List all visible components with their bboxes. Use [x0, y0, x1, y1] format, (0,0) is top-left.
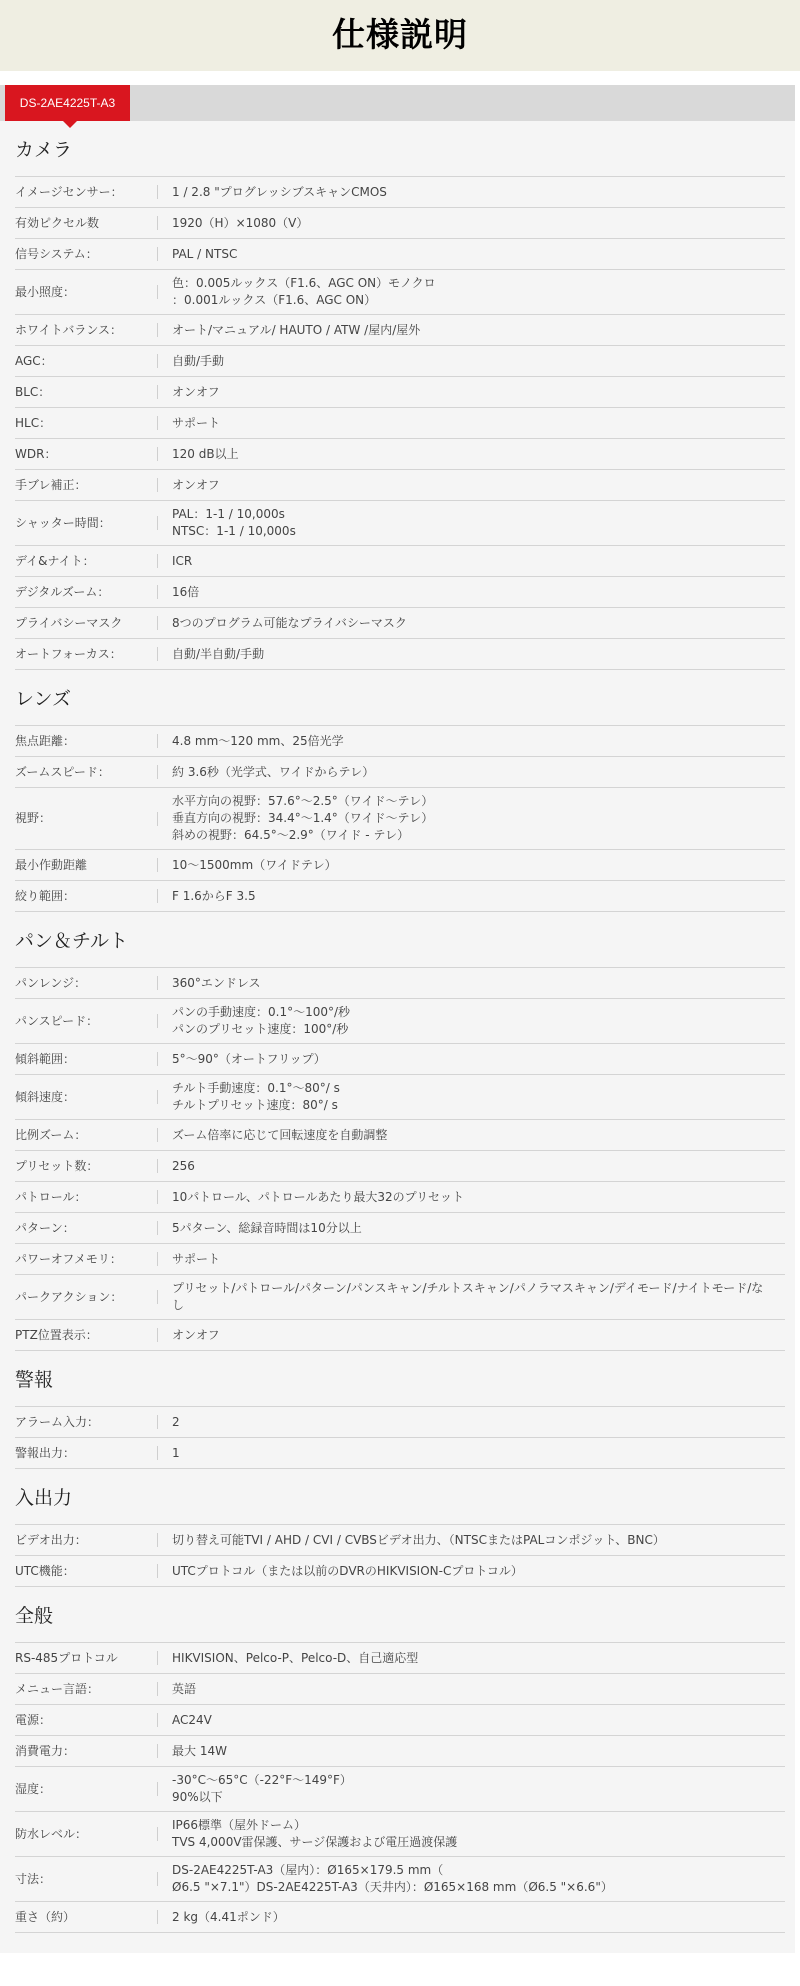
spec-label: オートフォーカス： [15, 646, 157, 663]
spec-label: デイ&ナイト： [15, 553, 157, 570]
spec-value: 色：0.005ルックス（F1.6、AGC ON）モノクロ：0.001ルックス（F… [172, 275, 785, 309]
spec-value-line: 5パターン、総録音時間は10分以上 [172, 1220, 765, 1237]
column-divider [157, 1744, 158, 1758]
spec-value: 5°〜90°（オートフリップ） [172, 1051, 785, 1068]
spec-value: 1 [172, 1445, 785, 1462]
column-divider [157, 1252, 158, 1266]
spec-label: RS-485プロトコル [15, 1650, 157, 1667]
column-divider [157, 323, 158, 337]
column-divider [157, 812, 158, 826]
column-divider [157, 858, 158, 872]
column-divider [157, 216, 158, 230]
spec-value: 120 dB以上 [172, 446, 785, 463]
spec-value-line: 8つのプログラム可能なプライバシーマスク [172, 615, 765, 632]
spec-label: 手ブレ補正： [15, 477, 157, 494]
column-divider [157, 1782, 158, 1796]
spec-row: パンレンジ：360°エンドレス [15, 968, 785, 999]
spec-label: シャッター時間： [15, 515, 157, 532]
column-divider [157, 1221, 158, 1235]
spec-value: 1 / 2.8 "プログレッシブスキャンCMOS [172, 184, 785, 201]
spec-row: RS-485プロトコルHIKVISION、Pelco-P、Pelco-D、自己適… [15, 1643, 785, 1674]
spec-row: 防水レベル：IP66標準（屋外ドーム）TVS 4,000V雷保護、サージ保護およ… [15, 1812, 785, 1857]
spec-label: 防水レベル： [15, 1826, 157, 1843]
spec-value: チルト手動速度：0.1°〜80°/ sチルトプリセット速度：80°/ s [172, 1080, 785, 1114]
column-divider [157, 285, 158, 299]
section-title: レンズ [15, 670, 785, 726]
column-divider [157, 976, 158, 990]
column-divider [157, 1713, 158, 1727]
page-header: 仕様説明 [0, 0, 800, 71]
spec-row: AGC：自動/手動 [15, 346, 785, 377]
column-divider [157, 647, 158, 661]
spec-value: PAL：1-1 / 10,000sNTSC：1-1 / 10,000s [172, 506, 785, 540]
spec-row: 傾斜範囲：5°〜90°（オートフリップ） [15, 1044, 785, 1075]
column-divider [157, 1682, 158, 1696]
spec-value: 16倍 [172, 584, 785, 601]
spec-value-line: サポート [172, 1251, 765, 1268]
section-title: パン＆チルト [15, 912, 785, 968]
column-divider [157, 1159, 158, 1173]
spec-value: オンオフ [172, 477, 785, 494]
spec-value-line: 2 [172, 1414, 765, 1431]
column-divider [157, 1872, 158, 1886]
spec-value-line: NTSC：1-1 / 10,000s [172, 523, 765, 540]
column-divider [157, 185, 158, 199]
column-divider [157, 478, 158, 492]
spec-label: 有効ピクセル数 [15, 215, 157, 232]
spec-row: デイ&ナイト：ICR [15, 546, 785, 577]
spec-value-line: オンオフ [172, 384, 765, 401]
spec-row: デジタルズーム：16倍 [15, 577, 785, 608]
spec-value: ICR [172, 553, 785, 570]
spec-value-line: AC24V [172, 1712, 765, 1729]
spec-row: PTZ位置表示：オンオフ [15, 1320, 785, 1351]
spec-row: パワーオフメモリ：サポート [15, 1244, 785, 1275]
spec-label: BLC： [15, 384, 157, 401]
spec-row: UTC機能：UTCプロトコル（または以前のDVRのHIKVISION-Cプロトコ… [15, 1556, 785, 1587]
spec-value: 自動/手動 [172, 353, 785, 370]
spec-row: ホワイトバランス：オート/マニュアル/ HAUTO / ATW /屋内/屋外 [15, 315, 785, 346]
spec-row: メニュー言語：英語 [15, 1674, 785, 1705]
spec-label: 警報出力： [15, 1445, 157, 1462]
spec-value: 10パトロール、パトロールあたり最大32のプリセット [172, 1189, 785, 1206]
spec-label: 最小作動距離 [15, 857, 157, 874]
spec-value: 256 [172, 1158, 785, 1175]
spec-row: 湿度：-30°C〜65°C（-22°F〜149°F）90%以下 [15, 1767, 785, 1812]
spec-value: ズーム倍率に応じて回転速度を自動調整 [172, 1127, 785, 1144]
spec-row: パターン：5パターン、総録音時間は10分以上 [15, 1213, 785, 1244]
spec-value-line: オート/マニュアル/ HAUTO / ATW /屋内/屋外 [172, 322, 765, 339]
spec-label: 最小照度： [15, 284, 157, 301]
spec-content: カメライメージセンサー：1 / 2.8 "プログレッシブスキャンCMOS有効ピク… [0, 121, 795, 1933]
spec-value-line: 自動/手動 [172, 353, 765, 370]
spec-value-line: サポート [172, 415, 765, 432]
spec-value: パンの手動速度：0.1°〜100°/秒パンのプリセット速度：100°/秒 [172, 1004, 785, 1038]
spec-row: ビデオ出力：切り替え可能TVI / AHD / CVI / CVBSビデオ出力、… [15, 1525, 785, 1556]
column-divider [157, 1564, 158, 1578]
spec-row: 最小作動距離10〜1500mm（ワイドテレ） [15, 850, 785, 881]
spec-value: 4.8 mm〜120 mm、25倍光学 [172, 733, 785, 750]
spec-value-line: TVS 4,000V雷保護、サージ保護および電圧過渡保護 [172, 1834, 765, 1851]
spec-value-line: パンのプリセット速度：100°/秒 [172, 1021, 765, 1038]
section-title: 入出力 [15, 1469, 785, 1525]
spec-value-line: 120 dB以上 [172, 446, 765, 463]
spec-value: 1920（H）×1080（V） [172, 215, 785, 232]
spec-value: 自動/半自動/手動 [172, 646, 785, 663]
spec-value-line: F 1.6からF 3.5 [172, 888, 765, 905]
spec-label: ビデオ出力： [15, 1532, 157, 1549]
spec-value-line: 自動/半自動/手動 [172, 646, 765, 663]
column-divider [157, 516, 158, 530]
spec-row: 視野：水平方向の視野：57.6°〜2.5°（ワイド〜テレ）垂直方向の視野：34.… [15, 788, 785, 850]
spec-value-line: 360°エンドレス [172, 975, 765, 992]
spec-row: 消費電力：最大 14W [15, 1736, 785, 1767]
spec-value-line: 水平方向の視野：57.6°〜2.5°（ワイド〜テレ） [172, 793, 765, 810]
spec-row: イメージセンサー：1 / 2.8 "プログレッシブスキャンCMOS [15, 177, 785, 208]
spec-value: AC24V [172, 1712, 785, 1729]
spec-value-line: DS-2AE4225T-A3（屋内）：Ø165×179.5 mm（ [172, 1862, 765, 1879]
spec-value-line: 256 [172, 1158, 765, 1175]
spec-label: 重さ（約） [15, 1909, 157, 1926]
spec-label: PTZ位置表示： [15, 1327, 157, 1344]
column-divider [157, 616, 158, 630]
spec-value-line: 16倍 [172, 584, 765, 601]
spec-value-line: ズーム倍率に応じて回転速度を自動調整 [172, 1127, 765, 1144]
spec-row: 有効ピクセル数1920（H）×1080（V） [15, 208, 785, 239]
spec-value-line: ICR [172, 553, 765, 570]
spec-row: 傾斜速度：チルト手動速度：0.1°〜80°/ sチルトプリセット速度：80°/ … [15, 1075, 785, 1120]
spec-label: パンレンジ： [15, 975, 157, 992]
column-divider [157, 1190, 158, 1204]
spec-label: パンスピード： [15, 1013, 157, 1030]
spec-label: ホワイトバランス： [15, 322, 157, 339]
spec-row: 比例ズーム：ズーム倍率に応じて回転速度を自動調整 [15, 1120, 785, 1151]
spec-value: サポート [172, 415, 785, 432]
spec-value: 8つのプログラム可能なプライバシーマスク [172, 615, 785, 632]
column-divider [157, 734, 158, 748]
section-title: 全般 [15, 1587, 785, 1643]
spec-value-line: 斜めの視野：64.5°〜2.9°（ワイド - テレ） [172, 827, 765, 844]
spec-value: 英語 [172, 1681, 785, 1698]
column-divider [157, 1415, 158, 1429]
column-divider [157, 1328, 158, 1342]
spec-value: PAL / NTSC [172, 246, 785, 263]
spec-value-line: 切り替え可能TVI / AHD / CVI / CVBSビデオ出力、（NTSCま… [172, 1532, 765, 1549]
spec-value: オンオフ [172, 1327, 785, 1344]
spec-value: 2 [172, 1414, 785, 1431]
spec-value-line: 90%以下 [172, 1789, 765, 1806]
spec-value: オンオフ [172, 384, 785, 401]
spec-label: 焦点距離： [15, 733, 157, 750]
spec-value-line: 色：0.005ルックス（F1.6、AGC ON）モノクロ [172, 275, 765, 292]
spec-row: パンスピード：パンの手動速度：0.1°〜100°/秒パンのプリセット速度：100… [15, 999, 785, 1044]
column-divider [157, 1446, 158, 1460]
spacer [0, 71, 800, 85]
spec-row: 重さ（約）2 kg（4.41ポンド） [15, 1902, 785, 1933]
spec-value-line: PAL / NTSC [172, 246, 765, 263]
spec-value: 約 3.6秒（光学式、ワイドからテレ） [172, 764, 785, 781]
spec-value-line: チルト手動速度：0.1°〜80°/ s [172, 1080, 765, 1097]
spec-label: 傾斜範囲： [15, 1051, 157, 1068]
spec-row: 警報出力：1 [15, 1438, 785, 1469]
column-divider [157, 1052, 158, 1066]
spec-label: 寸法： [15, 1871, 157, 1888]
spec-label: メニュー言語： [15, 1681, 157, 1698]
spec-label: パトロール： [15, 1189, 157, 1206]
spec-row: パークアクション：プリセット/パトロール/パターン/パンスキャン/チルトスキャン… [15, 1275, 785, 1320]
spec-value-line: オンオフ [172, 477, 765, 494]
column-divider [157, 1910, 158, 1924]
spec-value-line: 1920（H）×1080（V） [172, 215, 765, 232]
spec-row: 焦点距離：4.8 mm〜120 mm、25倍光学 [15, 726, 785, 757]
spec-row: 手ブレ補正：オンオフ [15, 470, 785, 501]
spec-row: HLC：サポート [15, 408, 785, 439]
spec-row: パトロール：10パトロール、パトロールあたり最大32のプリセット [15, 1182, 785, 1213]
spec-row: シャッター時間：PAL：1-1 / 10,000sNTSC：1-1 / 10,0… [15, 501, 785, 546]
spec-value-line: オンオフ [172, 1327, 765, 1344]
spec-panel: DS-2AE4225T-A3 カメライメージセンサー：1 / 2.8 "プログレ… [0, 85, 795, 1953]
spec-label: WDR： [15, 446, 157, 463]
spec-row: WDR：120 dB以上 [15, 439, 785, 470]
column-divider [157, 416, 158, 430]
spec-value: 10〜1500mm（ワイドテレ） [172, 857, 785, 874]
spec-value-line: -30°C〜65°C（-22°F〜149°F） [172, 1772, 765, 1789]
column-divider [157, 1014, 158, 1028]
spec-value: -30°C〜65°C（-22°F〜149°F）90%以下 [172, 1772, 785, 1806]
spec-label: プリセット数： [15, 1158, 157, 1175]
spec-value: F 1.6からF 3.5 [172, 888, 785, 905]
spec-value: オート/マニュアル/ HAUTO / ATW /屋内/屋外 [172, 322, 785, 339]
spec-row: 寸法：DS-2AE4225T-A3（屋内）：Ø165×179.5 mm（Ø6.5… [15, 1857, 785, 1902]
spec-value: プリセット/パトロール/パターン/パンスキャン/チルトスキャン/パノラマスキャン… [172, 1280, 785, 1314]
spec-value-line: 約 3.6秒（光学式、ワイドからテレ） [172, 764, 765, 781]
spec-value-line: 最大 14W [172, 1743, 765, 1760]
spec-value-line: プリセット/パトロール/パターン/パンスキャン/チルトスキャン/パノラマスキャン… [172, 1280, 765, 1314]
spec-value: 水平方向の視野：57.6°〜2.5°（ワイド〜テレ）垂直方向の視野：34.4°〜… [172, 793, 785, 844]
column-divider [157, 585, 158, 599]
spec-value-line: チルトプリセット速度：80°/ s [172, 1097, 765, 1114]
spec-label: 湿度： [15, 1781, 157, 1798]
spec-row: アラーム入力：2 [15, 1407, 785, 1438]
spec-value-line: 5°〜90°（オートフリップ） [172, 1051, 765, 1068]
spec-label: 絞り範囲： [15, 888, 157, 905]
column-divider [157, 1090, 158, 1104]
spec-value-line: Ø6.5 "×7.1"）DS-2AE4225T-A3（天井内）：Ø165×168… [172, 1879, 765, 1896]
section-title: 警報 [15, 1351, 785, 1407]
column-divider [157, 1128, 158, 1142]
spec-value-line: 10〜1500mm（ワイドテレ） [172, 857, 765, 874]
column-divider [157, 1533, 158, 1547]
spec-value: DS-2AE4225T-A3（屋内）：Ø165×179.5 mm（Ø6.5 "×… [172, 1862, 785, 1896]
spec-label: AGC： [15, 353, 157, 370]
spec-value-line: 1 / 2.8 "プログレッシブスキャンCMOS [172, 184, 765, 201]
spec-value: HIKVISION、Pelco-P、Pelco-D、自己適応型 [172, 1650, 785, 1667]
column-divider [157, 889, 158, 903]
spec-value-line: 垂直方向の視野：34.4°〜1.4°（ワイド〜テレ） [172, 810, 765, 827]
column-divider [157, 1651, 158, 1665]
spec-value-line: 2 kg（4.41ポンド） [172, 1909, 765, 1926]
spec-value-line: 1 [172, 1445, 765, 1462]
spec-label: パークアクション： [15, 1289, 157, 1306]
spec-label: 信号システム： [15, 246, 157, 263]
spec-row: ズームスピード：約 3.6秒（光学式、ワイドからテレ） [15, 757, 785, 788]
spec-label: アラーム入力： [15, 1414, 157, 1431]
spec-label: 傾斜速度： [15, 1089, 157, 1106]
spec-value: サポート [172, 1251, 785, 1268]
spec-label: ズームスピード： [15, 764, 157, 781]
tab-ds-2ae4225t-a3[interactable]: DS-2AE4225T-A3 [5, 85, 130, 121]
column-divider [157, 385, 158, 399]
spec-label: プライバシーマスク [15, 615, 157, 632]
column-divider [157, 1827, 158, 1841]
spec-value-line: ：0.001ルックス（F1.6、AGC ON） [172, 292, 765, 309]
spec-row: 最小照度：色：0.005ルックス（F1.6、AGC ON）モノクロ：0.001ル… [15, 270, 785, 315]
tab-bar: DS-2AE4225T-A3 [0, 85, 795, 121]
spec-value: 最大 14W [172, 1743, 785, 1760]
spec-value-line: HIKVISION、Pelco-P、Pelco-D、自己適応型 [172, 1650, 765, 1667]
spec-value-line: IP66標準（屋外ドーム） [172, 1817, 765, 1834]
spec-row: 絞り範囲：F 1.6からF 3.5 [15, 881, 785, 912]
page-title: 仕様説明 [332, 9, 468, 62]
column-divider [157, 1290, 158, 1304]
spec-label: 電源： [15, 1712, 157, 1729]
spec-value-line: 10パトロール、パトロールあたり最大32のプリセット [172, 1189, 765, 1206]
spec-value-line: PAL：1-1 / 10,000s [172, 506, 765, 523]
spec-row: プライバシーマスク8つのプログラム可能なプライバシーマスク [15, 608, 785, 639]
spec-value: IP66標準（屋外ドーム）TVS 4,000V雷保護、サージ保護および電圧過渡保… [172, 1817, 785, 1851]
spec-row: 信号システム：PAL / NTSC [15, 239, 785, 270]
spec-row: オートフォーカス：自動/半自動/手動 [15, 639, 785, 670]
spec-value: UTCプロトコル（または以前のDVRのHIKVISION-Cプロトコル） [172, 1563, 785, 1580]
spec-label: UTC機能： [15, 1563, 157, 1580]
spec-value-line: UTCプロトコル（または以前のDVRのHIKVISION-Cプロトコル） [172, 1563, 765, 1580]
spec-value-line: パンの手動速度：0.1°〜100°/秒 [172, 1004, 765, 1021]
column-divider [157, 765, 158, 779]
spec-label: イメージセンサー： [15, 184, 157, 201]
column-divider [157, 554, 158, 568]
spec-value: 5パターン、総録音時間は10分以上 [172, 1220, 785, 1237]
column-divider [157, 247, 158, 261]
spec-label: パターン： [15, 1220, 157, 1237]
column-divider [157, 354, 158, 368]
spec-label: HLC： [15, 415, 157, 432]
spec-row: BLC：オンオフ [15, 377, 785, 408]
spec-label: 比例ズーム： [15, 1127, 157, 1144]
spec-value: 360°エンドレス [172, 975, 785, 992]
spec-row: 電源：AC24V [15, 1705, 785, 1736]
spec-value-line: 4.8 mm〜120 mm、25倍光学 [172, 733, 765, 750]
spec-label: 消費電力： [15, 1743, 157, 1760]
column-divider [157, 447, 158, 461]
spec-label: 視野： [15, 810, 157, 827]
spec-value-line: 英語 [172, 1681, 765, 1698]
spec-label: デジタルズーム： [15, 584, 157, 601]
spec-row: プリセット数：256 [15, 1151, 785, 1182]
spec-value: 切り替え可能TVI / AHD / CVI / CVBSビデオ出力、（NTSCま… [172, 1532, 785, 1549]
spec-label: パワーオフメモリ： [15, 1251, 157, 1268]
section-title: カメラ [15, 121, 785, 177]
spec-value: 2 kg（4.41ポンド） [172, 1909, 785, 1926]
